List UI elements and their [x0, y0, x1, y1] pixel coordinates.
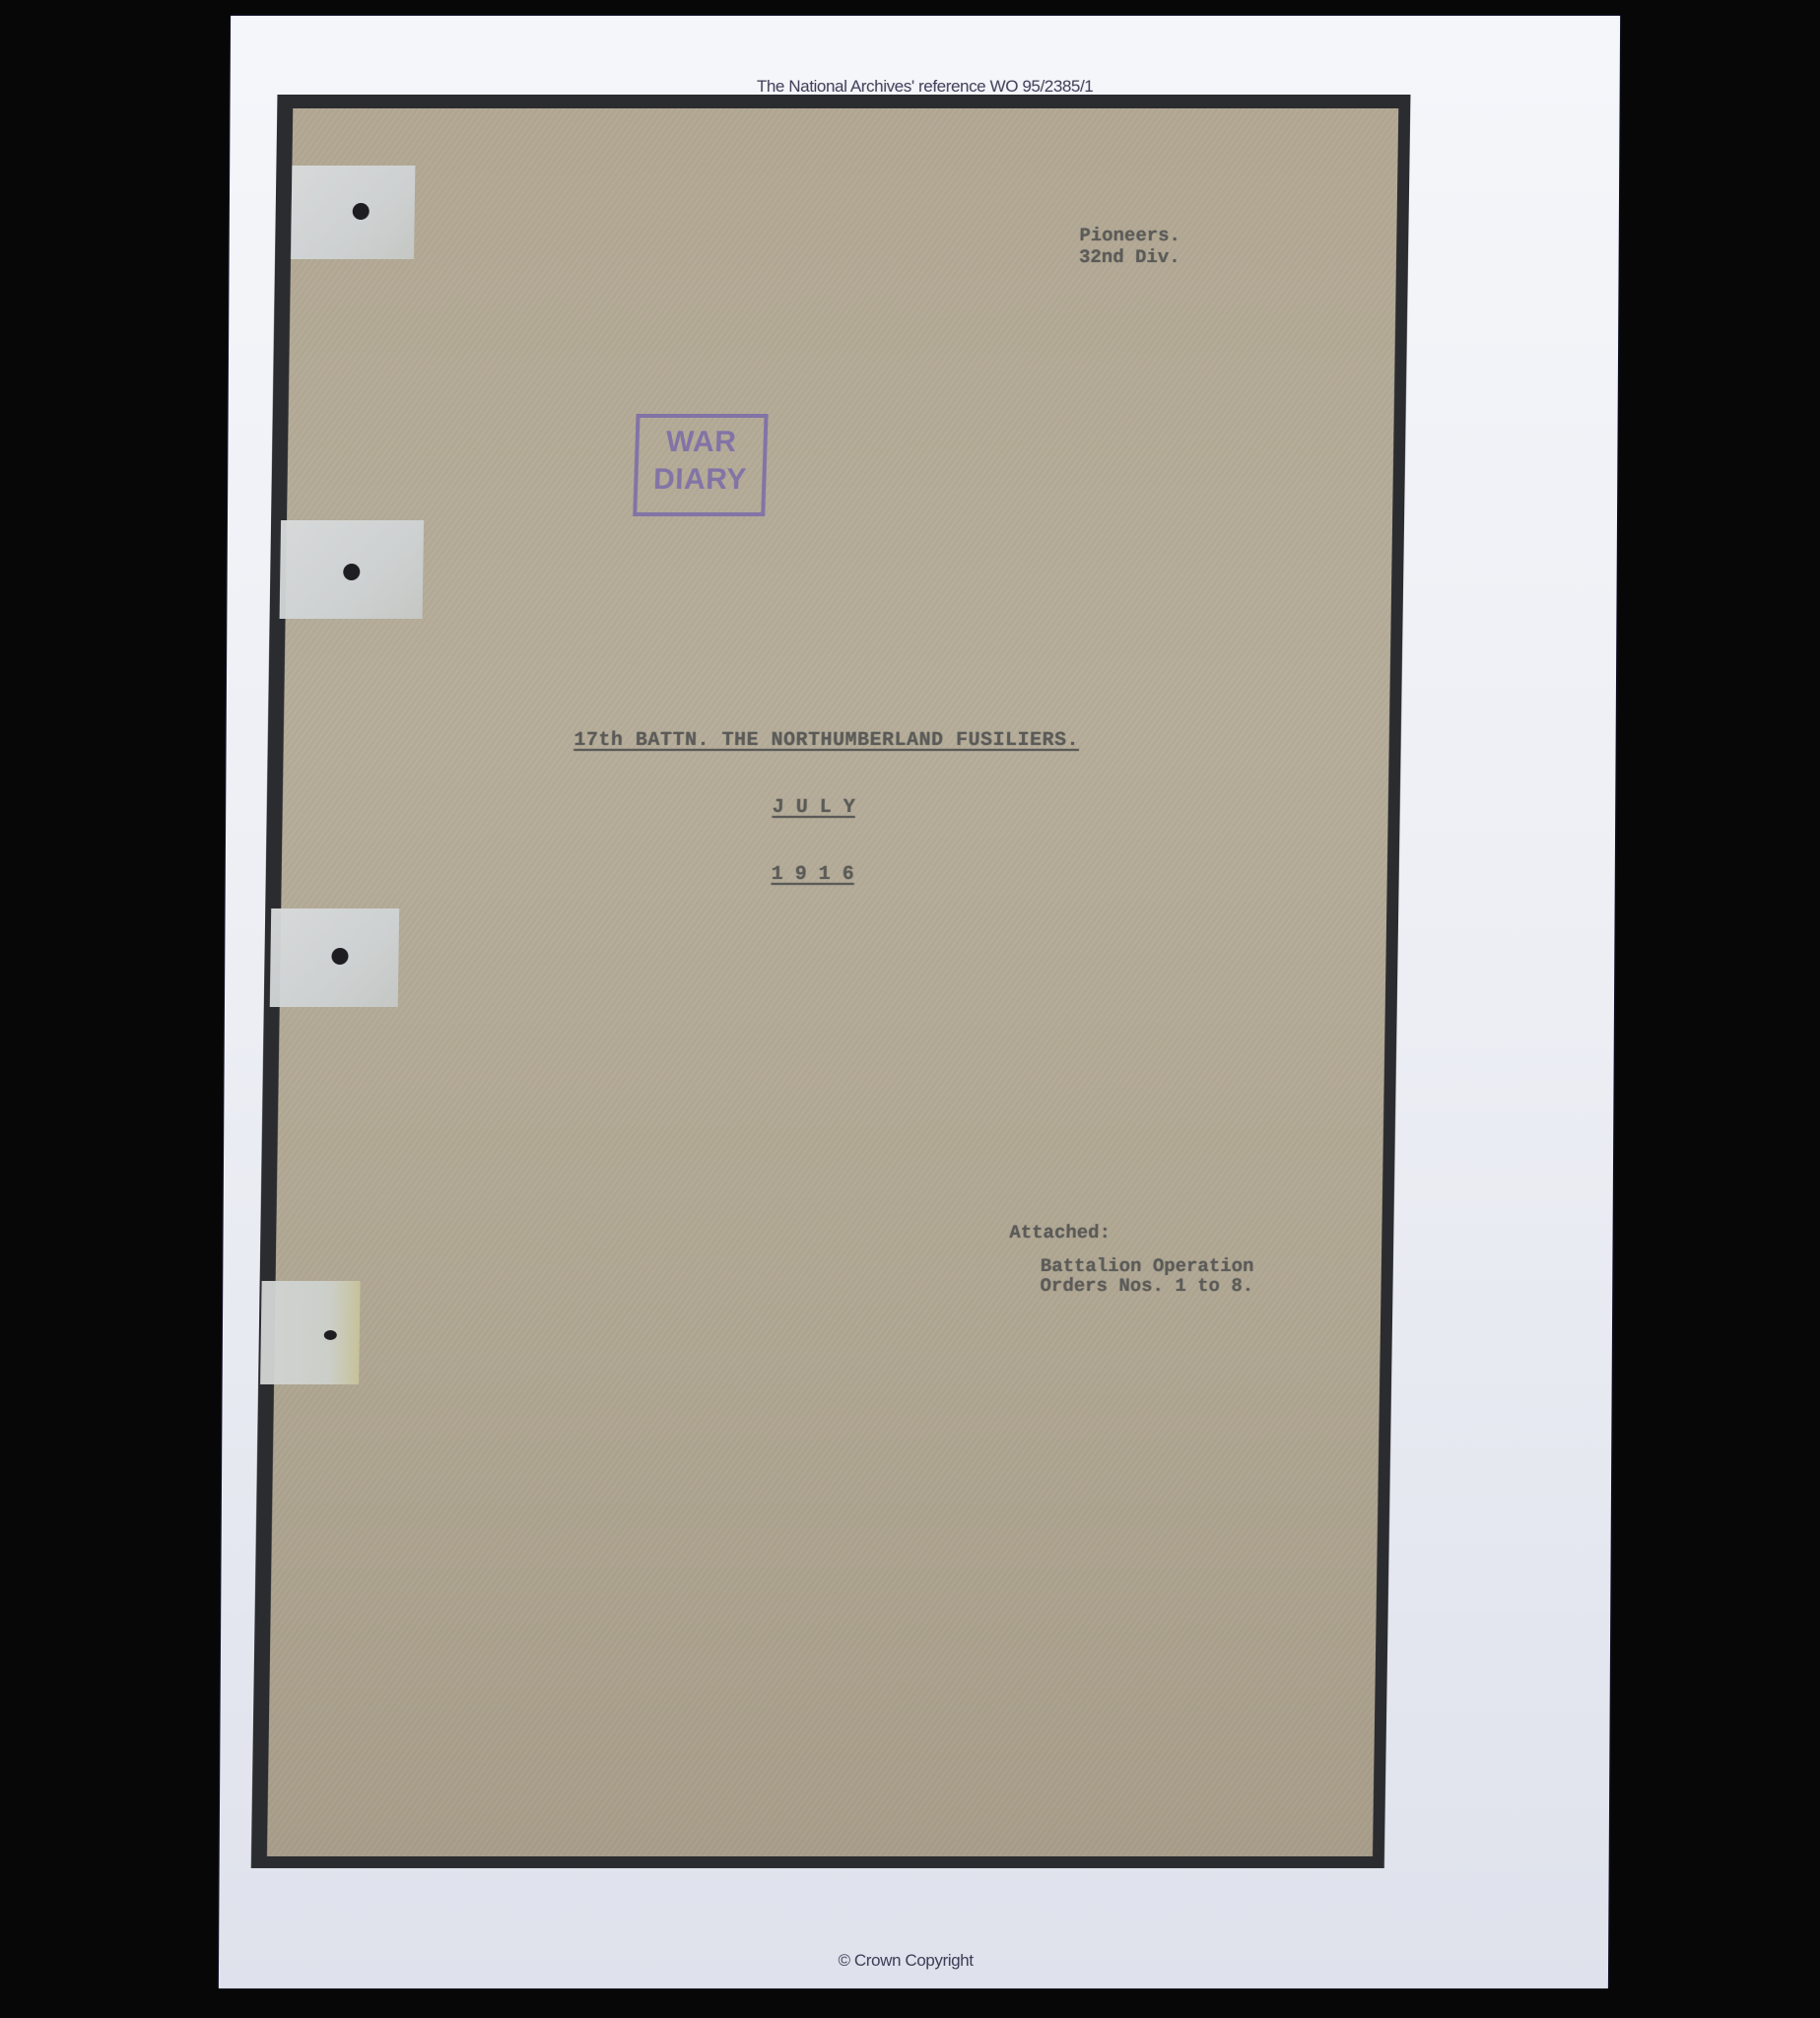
formation-note: Pioneers.32nd Div. — [1079, 225, 1180, 268]
formation-line: Pioneers. — [1079, 225, 1180, 246]
punch-hole-icon — [324, 1330, 337, 1340]
scanned-document-frame: Pioneers.32nd Div. WAR DIARY 17th BATTN.… — [251, 95, 1411, 1868]
attached-label: Attached: — [1009, 1222, 1111, 1244]
crown-copyright: © Crown Copyright — [211, 1951, 1600, 1971]
attached-item: Battalion Operation — [1041, 1256, 1254, 1276]
formation-line: 32nd Div. — [1079, 246, 1180, 268]
stamp-line: WAR — [639, 424, 764, 461]
war-diary-cover: Pioneers.32nd Div. WAR DIARY 17th BATTN.… — [267, 108, 1398, 1856]
tape-strip — [260, 1281, 361, 1384]
war-diary-stamp: WAR DIARY — [633, 414, 768, 516]
archive-reference: The National Archives' reference WO 95/2… — [231, 77, 1620, 97]
unit-title: 17th BATTN. THE NORTHUMBERLAND FUSILIERS… — [274, 729, 1380, 752]
attached-item: Orders Nos. 1 to 8. — [1040, 1276, 1253, 1296]
diary-month: J U L Y — [261, 796, 1367, 819]
attached-items: Battalion OperationOrders Nos. 1 to 8. — [1040, 1256, 1253, 1296]
printout-sheet: The National Archives' reference WO 95/2… — [219, 16, 1620, 1988]
diary-year: 1 9 1 6 — [260, 863, 1366, 886]
stamp-line: DIARY — [638, 461, 763, 499]
